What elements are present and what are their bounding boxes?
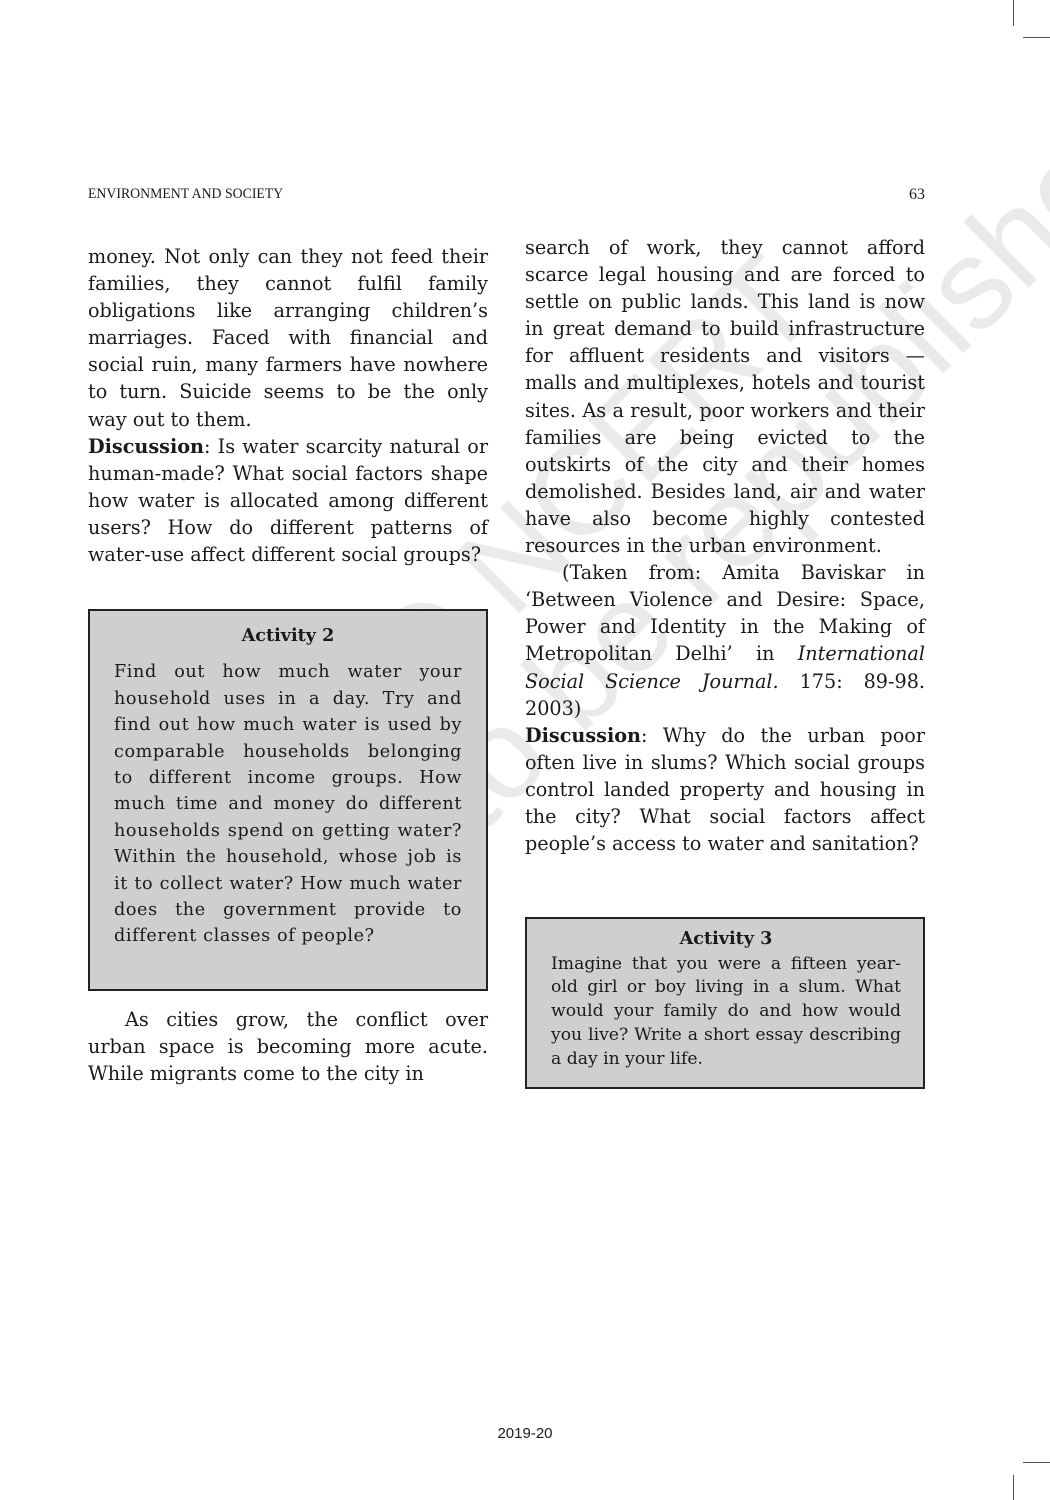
page-footer-year: 2019-20	[0, 1425, 1050, 1442]
activity-2-title: Activity 2	[114, 623, 462, 649]
crop-mark-top-horizontal	[1023, 37, 1050, 38]
running-head: ENVIRONMENT AND SOCIETY	[88, 186, 283, 203]
crop-mark-top-vertical	[1013, 0, 1014, 26]
left-column-continuation: As cities grow, the conflict over urban …	[88, 1006, 488, 1087]
activity-2-box: Activity 2 Find out how much water your …	[88, 609, 488, 991]
body-paragraph: As cities grow, the conflict over urban …	[88, 1006, 488, 1087]
citation: (Taken from: Amita Baviskar in ‘Between …	[525, 559, 925, 722]
right-column: search of work, they cannot afford scarc…	[525, 234, 925, 857]
body-paragraph: money. Not only can they not feed their …	[88, 243, 488, 433]
activity-3-text: Imagine that you were a fifteen year-old…	[551, 953, 901, 1072]
activity-2-text: Find out how much water your household u…	[114, 659, 462, 949]
page-header: ENVIRONMENT AND SOCIETY 63	[88, 186, 925, 208]
discussion-label: Discussion	[88, 435, 204, 458]
body-paragraph: search of work, they cannot afford scarc…	[525, 234, 925, 559]
activity-3-title: Activity 3	[551, 927, 901, 951]
crop-mark-bottom-vertical	[1013, 1475, 1014, 1500]
left-column: money. Not only can they not feed their …	[88, 243, 488, 568]
discussion-paragraph: Discussion: Is water scarcity natural or…	[88, 433, 488, 568]
discussion-label: Discussion	[525, 724, 641, 747]
discussion-paragraph: Discussion: Why do the urban poor often …	[525, 722, 925, 857]
activity-3-box: Activity 3 Imagine that you were a fifte…	[525, 917, 925, 1089]
crop-mark-bottom-horizontal	[1023, 1462, 1050, 1463]
page-number: 63	[909, 186, 925, 204]
